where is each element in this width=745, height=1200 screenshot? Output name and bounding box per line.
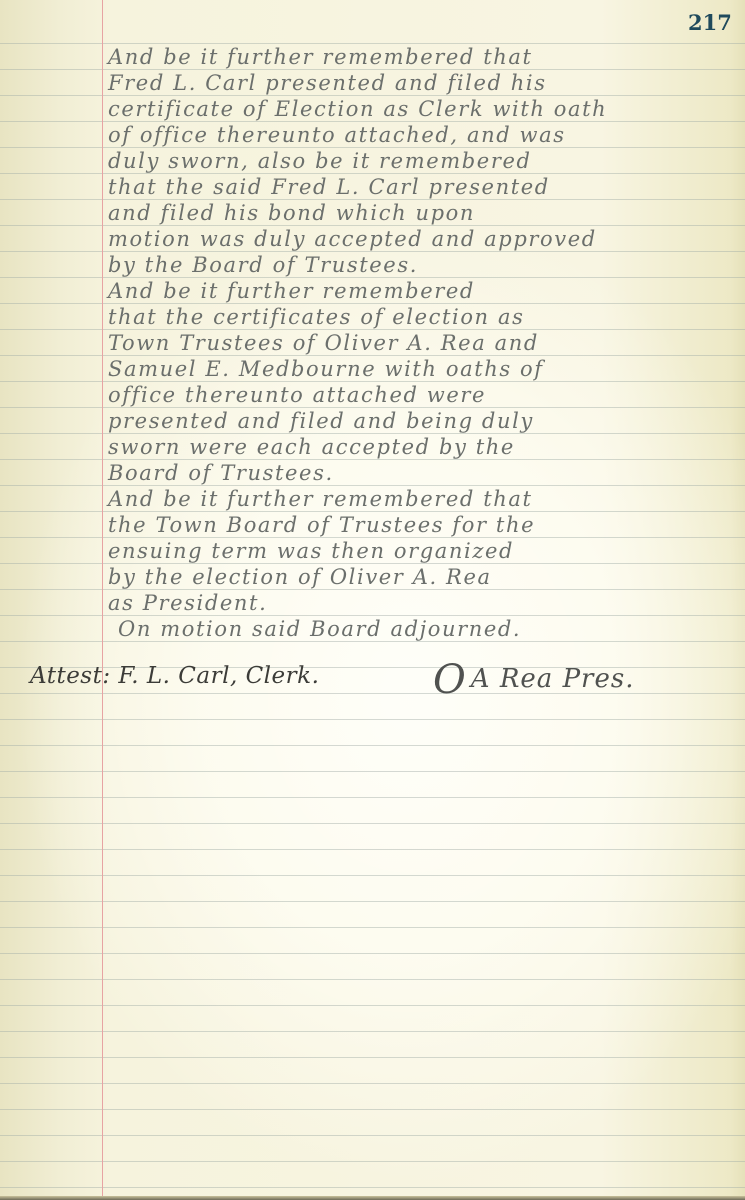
entry-line: by the Board of Trustees. bbox=[108, 252, 738, 278]
entry-line: ensuing term was then organized bbox=[108, 538, 738, 564]
entry-line: duly sworn, also be it remembered bbox=[108, 148, 738, 174]
ledger-page: 217 And be it further remembered that Fr… bbox=[0, 0, 745, 1200]
president-signature: OA Rea Pres. bbox=[433, 657, 634, 703]
minutes-entry: And be it further remembered that Fred L… bbox=[108, 44, 738, 642]
signature-name: A Rea Pres. bbox=[471, 664, 635, 694]
clerk-attestation: Attest: F. L. Carl, Clerk. bbox=[30, 663, 319, 689]
margin-rule bbox=[102, 0, 103, 1200]
page-bottom-edge bbox=[0, 1196, 745, 1200]
entry-line: And be it further remembered bbox=[108, 278, 738, 304]
entry-line: motion was duly accepted and approved bbox=[108, 226, 738, 252]
entry-line: presented and filed and being duly bbox=[108, 408, 738, 434]
entry-line-adjournment: On motion said Board adjourned. bbox=[108, 616, 738, 642]
entry-line: that the said Fred L. Carl presented bbox=[108, 174, 738, 200]
entry-line: of office thereunto attached, and was bbox=[108, 122, 738, 148]
entry-line: and filed his bond which upon bbox=[108, 200, 738, 226]
entry-line: the Town Board of Trustees for the bbox=[108, 512, 738, 538]
entry-line: Samuel E. Medbourne with oaths of bbox=[108, 356, 738, 382]
entry-line: certificate of Election as Clerk with oa… bbox=[108, 96, 738, 122]
page-number: 217 bbox=[688, 10, 732, 35]
entry-line: Fred L. Carl presented and filed his bbox=[108, 70, 738, 96]
entry-line: sworn were each accepted by the bbox=[108, 434, 738, 460]
entry-line: that the certificates of election as bbox=[108, 304, 738, 330]
entry-line: And be it further remembered that bbox=[108, 44, 738, 70]
entry-line: And be it further remembered that bbox=[108, 486, 738, 512]
entry-line: Board of Trustees. bbox=[108, 460, 738, 486]
signature-block: Attest: F. L. Carl, Clerk. OA Rea Pres. bbox=[0, 663, 745, 713]
entry-line: Town Trustees of Oliver A. Rea and bbox=[108, 330, 738, 356]
signature-initial: O bbox=[433, 657, 467, 703]
entry-line: by the election of Oliver A. Rea bbox=[108, 564, 738, 590]
entry-line: office thereunto attached were bbox=[108, 382, 738, 408]
entry-line: as President. bbox=[108, 590, 738, 616]
